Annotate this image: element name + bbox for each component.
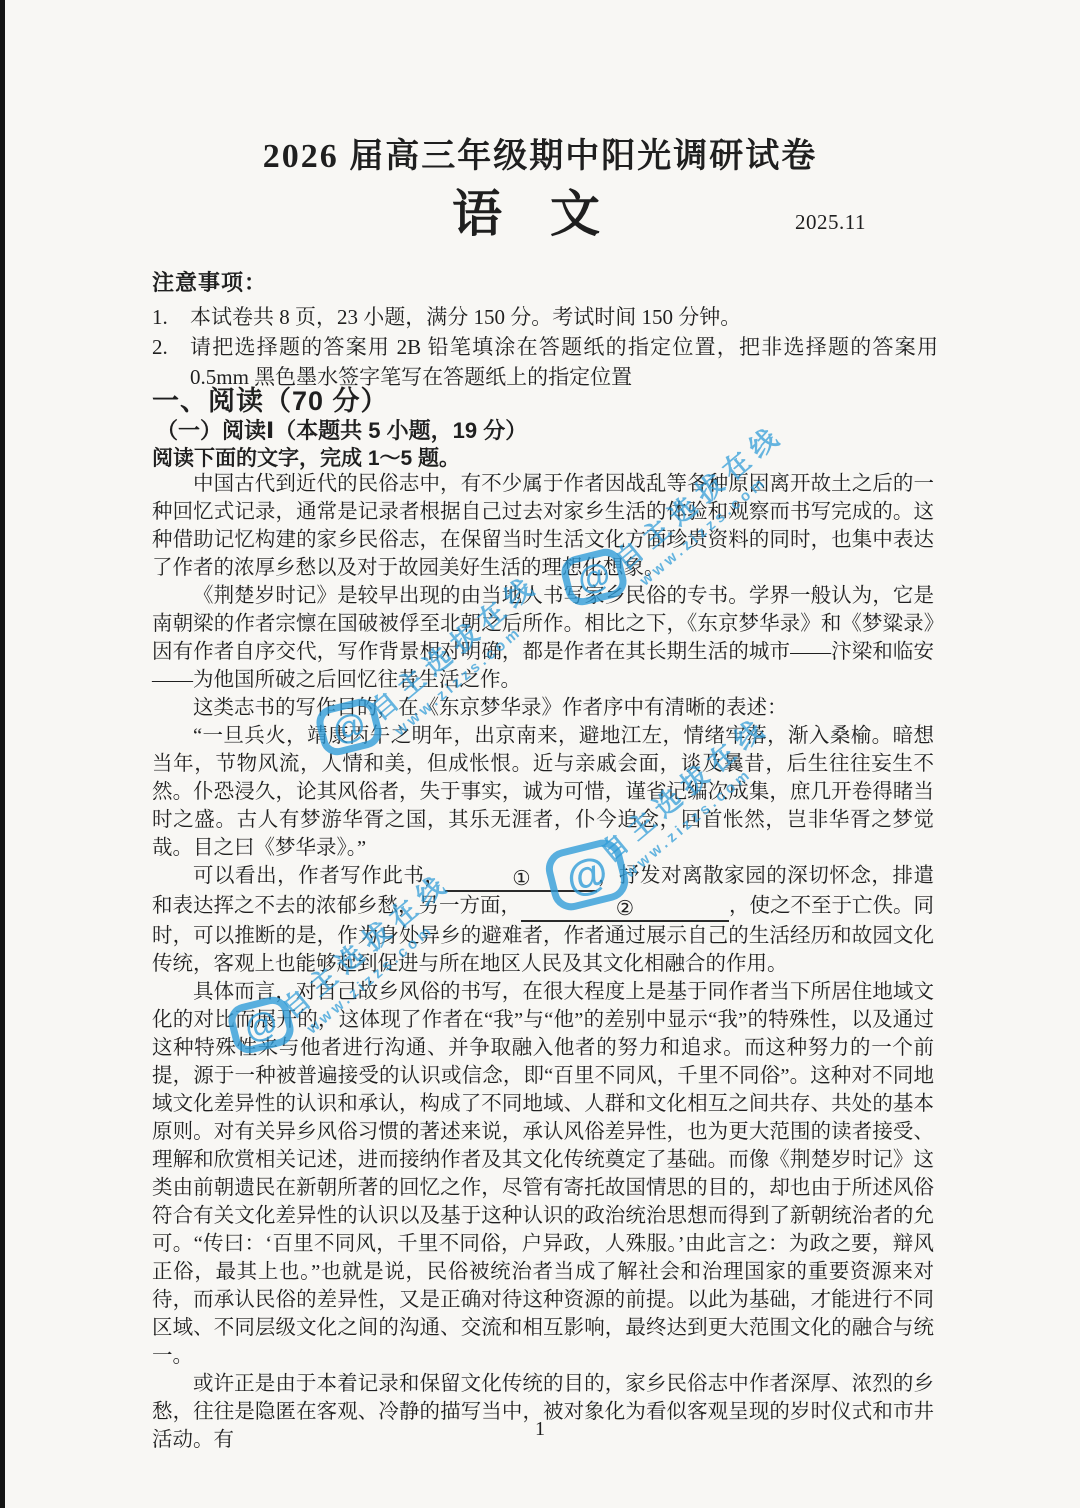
passage-paragraph-6: 具体而言，对自己故乡风俗的书写，在很大程度上是基于同作者当下所居住地域文化的对比… [152,978,934,1370]
notice-heading: 注意事项： [152,266,938,297]
subject-char-2: 文 [550,174,600,246]
notice-item-number: 1. [152,302,190,332]
passage-paragraph-2: 《荆楚岁时记》是较早出现的由当地人书写家乡民俗的专书。学界一般认为，它是南朝梁的… [152,582,934,694]
passage-paragraph-3: 这类志书的写作目的，在《东京梦华录》作者序中有清晰的表述： [152,694,934,722]
subject-char-1: 语 [452,174,502,246]
part-one-heading: 一、阅读（70 分） [152,379,389,418]
blank-1-label: ① [512,868,530,890]
notice-section: 注意事项： 1. 本试卷共 8 页，23 小题，满分 150 分。考试时间 15… [152,266,938,392]
fill-blank-1: ① [445,868,597,892]
blank-2-label: ② [616,898,634,920]
page-number: 1 [0,1418,1080,1441]
passage-paragraph-5: 可以看出，作者写作此书，①，抒发对离散家园的深切怀念，排遣和表达挥之不去的浓郁乡… [152,862,934,978]
passage-paragraph-7: 或许正是由于本着记录和保留文化传统的目的，家乡民俗志中作者深厚、浓烈的乡愁，往往… [152,1370,934,1454]
fill-blank-2: ② [521,898,729,922]
p5-segment-1: 可以看出，作者写作此书， [193,865,445,887]
passage-paragraph-1: 中国古代到近代的民俗志中，有不少属于作者因战乱等各种原因离开故土之后的一种回忆式… [152,470,934,582]
reading-passage: 中国古代到近代的民俗志中，有不少属于作者因战乱等各种原因离开故土之后的一种回忆式… [152,470,934,1454]
exam-title: 2026 届高三年级期中阳光调研试卷 [0,128,1080,177]
reading-instruction: 阅读下面的文字，完成 1～5 题。 [152,442,460,472]
reading-one-subheading: （一）阅读Ⅰ（本题共 5 小题，19 分） [156,414,527,445]
exam-date: 2025.11 [795,210,866,235]
subject-title: 语 文 [0,174,1066,246]
notice-item-text: 本试卷共 8 页，23 小题，满分 150 分。考试时间 150 分钟。 [190,302,938,332]
exam-paper-page: 2026 届高三年级期中阳光调研试卷 语 文 2025.11 注意事项： 1. … [0,0,1080,1508]
passage-paragraph-4-quote: “一旦兵火，靖康丙午之明年，出京南来，避地江左，情绪牢落，渐入桑榆。暗想当年，节… [152,722,934,862]
notice-item-1: 1. 本试卷共 8 页，23 小题，满分 150 分。考试时间 150 分钟。 [152,302,938,332]
